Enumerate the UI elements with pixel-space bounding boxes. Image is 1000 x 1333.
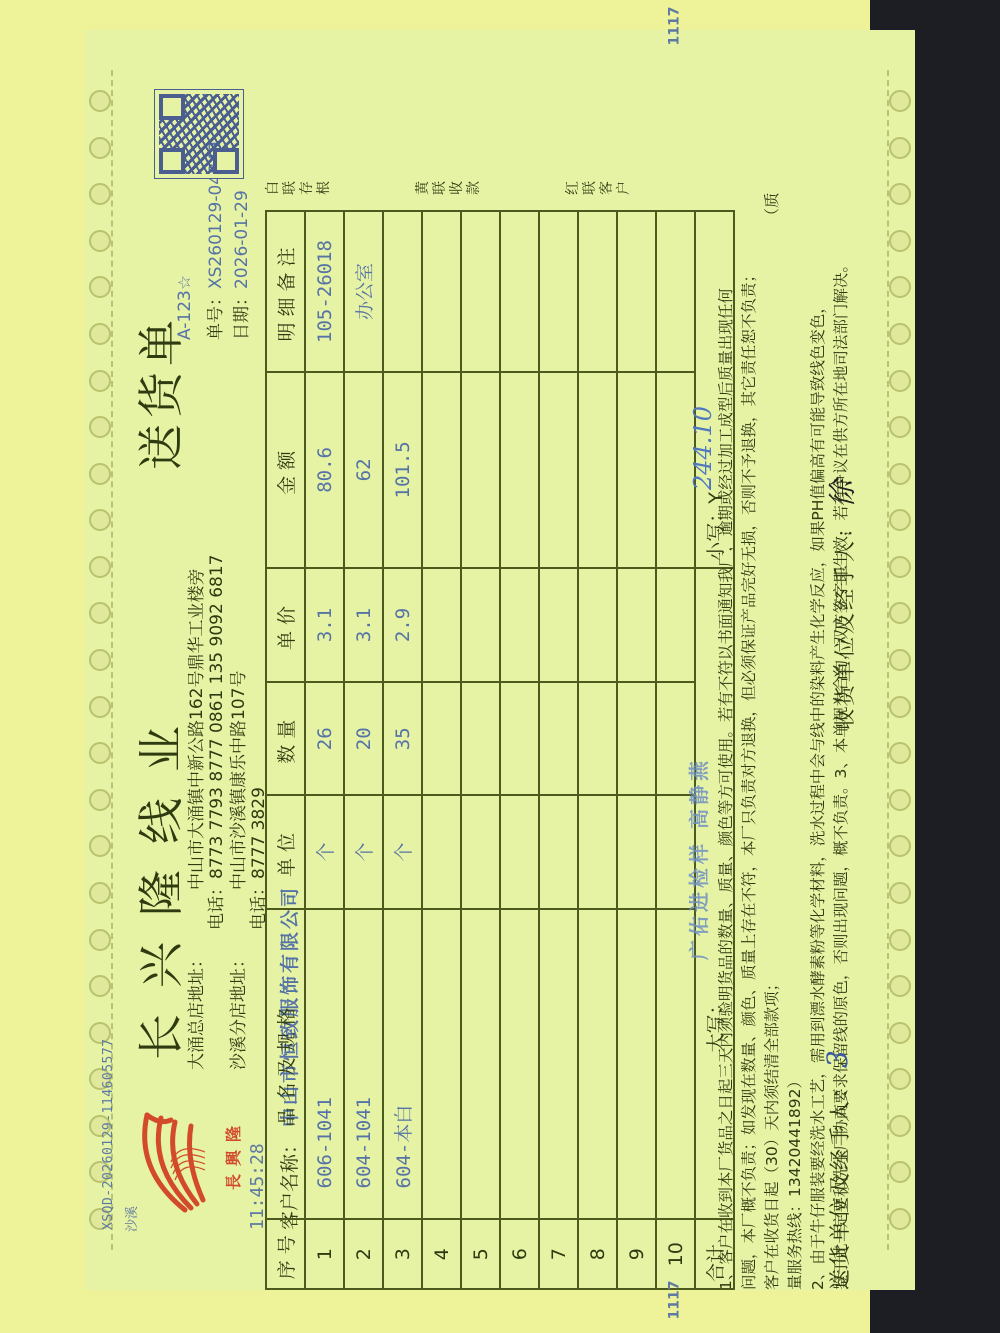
cell-seq: 1 [305, 1219, 344, 1289]
table-row: 6 [500, 211, 539, 1289]
cell-qty [539, 682, 578, 795]
cell-unit: 个 [383, 795, 422, 908]
cell-amount [500, 372, 539, 568]
cell-seq: 4 [422, 1219, 461, 1289]
cell-unit: 个 [305, 795, 344, 908]
cell-amount [539, 372, 578, 568]
tractor-holes-bottom [889, 90, 911, 1230]
header-note: 明细备注 [266, 211, 305, 372]
branch-store-info: 沙溪分店地址：中山市沙溪镇康乐中路107号 电话：8777 3829 [229, 671, 269, 1070]
cell-unit [500, 795, 539, 908]
cell-amount [578, 372, 617, 568]
table-row: 1 606-1041 个 26 3.1 80.6 105-26018 [305, 211, 344, 1289]
receiver-signature: 收货单位及经手人：徐 [821, 477, 861, 730]
cell-note [500, 211, 539, 372]
delivery-note: XSQD-20260129-114605577 沙溪 長興隆 11:45:28 … [85, 30, 915, 1290]
serial-number: XSQD-20260129-114605577 [101, 1038, 116, 1230]
branch-address: 中山市沙溪镇康乐中路107号 [229, 671, 249, 890]
cell-unit [539, 795, 578, 908]
main-address: 中山市大涌镇中新公路162号鼎华工业楼旁 [187, 569, 207, 890]
company-name: 长兴隆线业 [125, 700, 191, 1060]
cell-note [461, 211, 500, 372]
table-row: 10 [656, 211, 695, 1289]
cell-price [656, 568, 695, 682]
main-store-info: 大涌总店地址：中山市大涌镇中新公路162号鼎华工业楼旁 电话：8773 7793… [187, 555, 227, 1070]
copy-yellow: 黄联收款 [415, 179, 483, 195]
table-row: 2 604-1041 个 20 3.1 62 办公室 [344, 211, 383, 1289]
cell-amount [422, 372, 461, 568]
receiver-label: 收货单位及经手人： [833, 514, 857, 730]
cell-note [539, 211, 578, 372]
cell-price [461, 568, 500, 682]
cell-seq: 6 [500, 1219, 539, 1289]
header-name: 品名及规格 [266, 909, 305, 1220]
cell-price [578, 568, 617, 682]
copy-red: 红联客户 [565, 179, 633, 195]
cell-name: 604-本白 [383, 909, 422, 1220]
terms-line-2: 问题，本厂概不负责；如发现在数量、颜色、质量上存在不符，本厂只负责对方退换，但必… [738, 180, 761, 1290]
cell-unit [617, 795, 656, 908]
cell-amount [461, 372, 500, 568]
cell-amount [617, 372, 656, 568]
cell-seq: 2 [344, 1219, 383, 1289]
table-row: 3 604-本白 个 35 2.9 101.5 [383, 211, 422, 1289]
main-phone-label: 电话： [207, 879, 227, 930]
form-header: XSQD-20260129-114605577 沙溪 長興隆 11:45:28 … [125, 90, 275, 1230]
cell-unit [461, 795, 500, 908]
cell-name [578, 909, 617, 1220]
cell-qty [617, 682, 656, 795]
table-row: 8 [578, 211, 617, 1289]
receiver-sign-ink: 徐 [826, 477, 859, 508]
order-no-label: 单号： [206, 289, 226, 340]
copy-white: 白联存根 [265, 179, 333, 195]
cell-note [422, 211, 461, 372]
branch-address-label: 沙溪分店地址： [229, 890, 249, 1070]
cell-amount: 101.5 [383, 372, 422, 568]
cell-seq: 5 [461, 1219, 500, 1289]
main-address-label: 大涌总店地址： [187, 890, 207, 1070]
cell-name [461, 909, 500, 1220]
header-seq: 序号 [266, 1219, 305, 1289]
cell-unit: 个 [344, 795, 383, 908]
cell-price: 3.1 [305, 568, 344, 682]
cell-note: 办公室 [344, 211, 383, 372]
cell-qty [461, 682, 500, 795]
sender-sign-ink: 3 [821, 1047, 854, 1068]
cell-qty: 26 [305, 682, 344, 795]
table-row: 5 [461, 211, 500, 1289]
table-row: 4 [422, 211, 461, 1289]
cell-name: 604-1041 [344, 909, 383, 1220]
cell-qty: 35 [383, 682, 422, 795]
cell-note [383, 211, 422, 372]
header-unit: 单位 [266, 795, 305, 908]
header-price: 单价 [266, 568, 305, 682]
header-amount: 金额 [266, 372, 305, 568]
cell-seq: 9 [617, 1219, 656, 1289]
cell-seq: 3 [383, 1219, 422, 1289]
order-date: 2026-01-29 [232, 190, 252, 289]
cell-price [422, 568, 461, 682]
header-qty: 数量 [266, 682, 305, 795]
qr-code-icon [155, 90, 243, 178]
cell-amount: 80.6 [305, 372, 344, 568]
sender-label: 送货单位及经手人： [828, 1074, 852, 1290]
items-table: 序号 品名及规格 单位 数量 单价 金额 明细备注 1 606-1041 个 2… [265, 210, 735, 1290]
cell-seq: 7 [539, 1219, 578, 1289]
cell-unit [422, 795, 461, 908]
table-row: 9 [617, 211, 656, 1289]
cell-seq: 8 [578, 1219, 617, 1289]
cell-name [539, 909, 578, 1220]
cell-name [500, 909, 539, 1220]
cell-qty [422, 682, 461, 795]
cell-amount: 62 [344, 372, 383, 568]
cell-note: 105-26018 [305, 211, 344, 372]
cell-seq: 10 [656, 1219, 695, 1289]
side-tab-top: 1117 [666, 7, 682, 46]
cell-note [617, 211, 656, 372]
sender-signature: 送货单位及经手人：3 [821, 1047, 854, 1290]
cell-price [539, 568, 578, 682]
date-label: 日期： [232, 289, 252, 340]
main-phone: 8773 7793 8777 0861 135 9092 6817 [207, 555, 227, 879]
cell-name [422, 909, 461, 1220]
cell-price [500, 568, 539, 682]
perforation-bottom [887, 70, 889, 1250]
handwritten-number: 244.10 [689, 406, 717, 490]
cell-name: 606-1041 [305, 909, 344, 1220]
table-header-row: 序号 品名及规格 单位 数量 单价 金额 明细备注 [266, 211, 305, 1289]
table-row: 7 [539, 211, 578, 1289]
cell-note [578, 211, 617, 372]
cell-unit [578, 795, 617, 908]
cell-qty [500, 682, 539, 795]
cell-note [656, 211, 695, 372]
logo-text: 長興隆 [221, 1118, 244, 1190]
terms-line-3-text: 客户在收货日起（30）天内须结清全部款项； [763, 976, 781, 1290]
cell-price: 3.1 [344, 568, 383, 682]
blue-ink-stamp: 广佑进检样 高静燕 [683, 757, 712, 960]
cell-name [617, 909, 656, 1220]
cell-qty [578, 682, 617, 795]
side-tab-bottom: 1117 [666, 1281, 682, 1320]
cell-qty: 20 [344, 682, 383, 795]
cell-price: 2.9 [383, 568, 422, 682]
terms-line-1: 1、客户在收到本厂货品之日起三天内须验明货品的数量、质量、颜色等方可使用。若有不… [715, 180, 738, 1290]
terms-line-3: 客户在收货日起（30）天内须结清全部款项；（质量服务热线：13420441892… [761, 180, 807, 1290]
cell-price [617, 568, 656, 682]
